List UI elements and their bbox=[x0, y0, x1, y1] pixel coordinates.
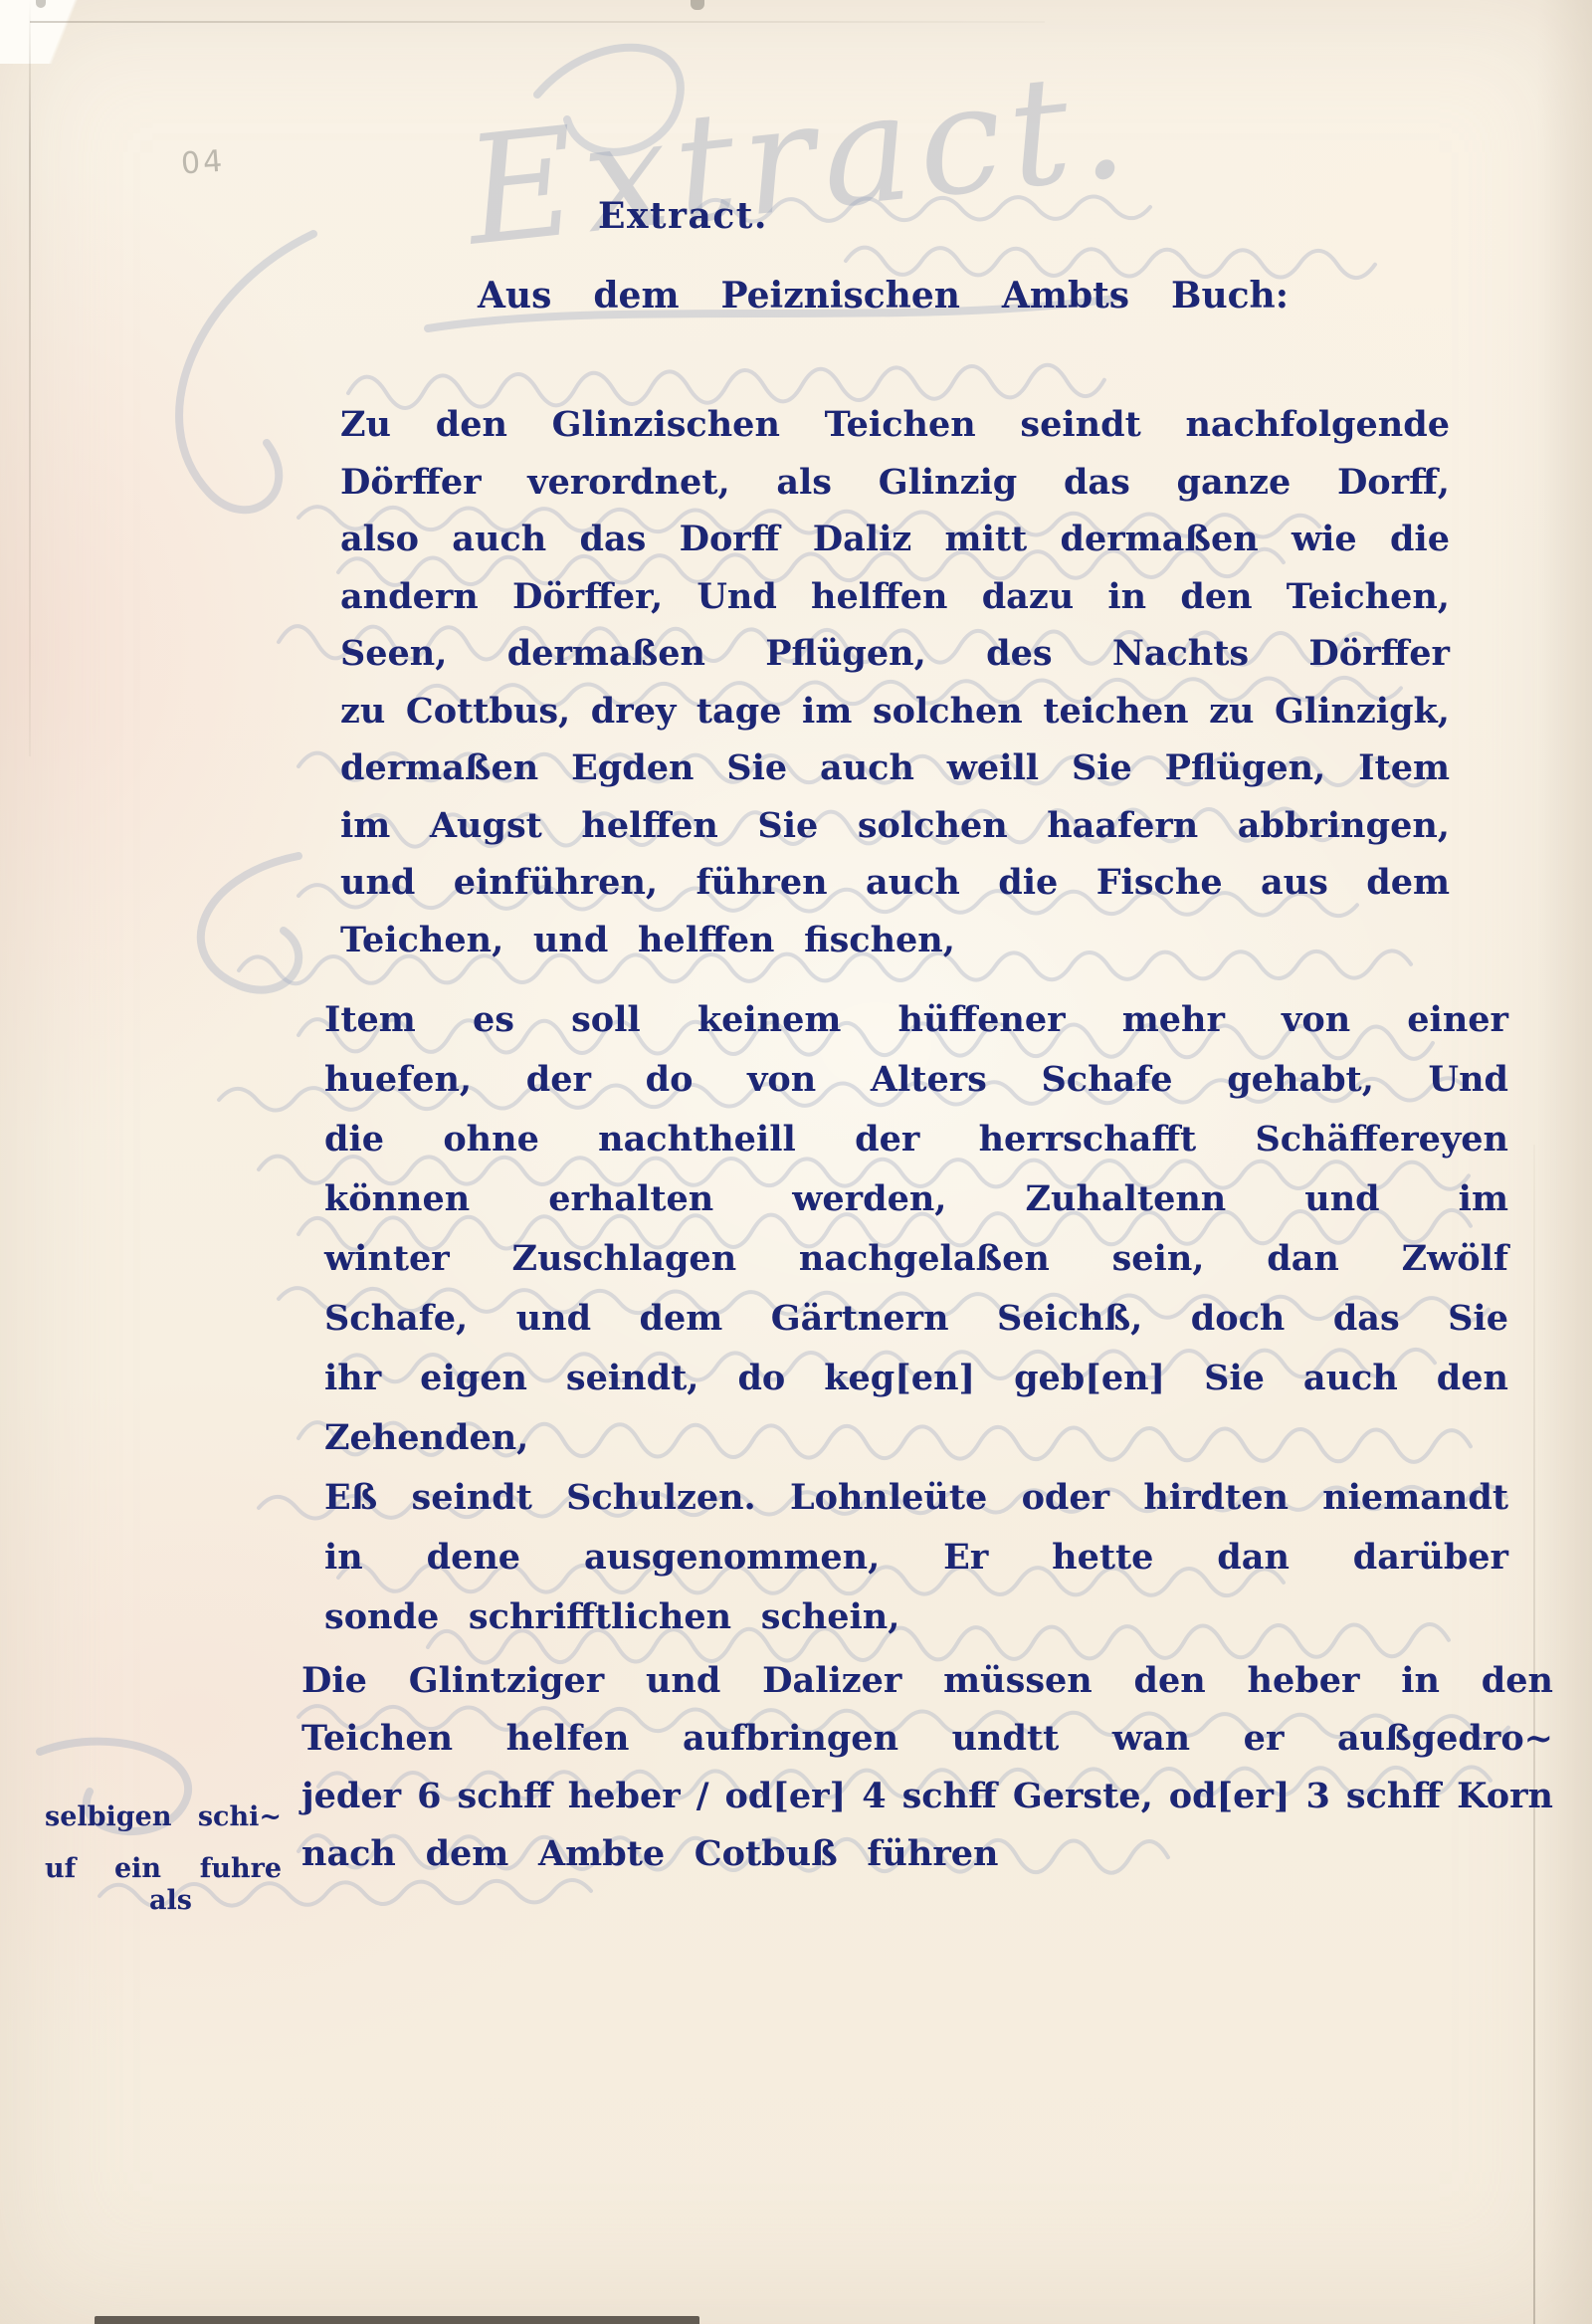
text-line: sonde schrifftlichen schein, bbox=[324, 1587, 1508, 1647]
document-title: Extract. bbox=[598, 195, 768, 237]
text-line: Schafe, und dem Gärtnern Seichß, doch da… bbox=[324, 1289, 1508, 1349]
text-line: die ohne nachtheill der herrschafft Schä… bbox=[324, 1110, 1508, 1169]
text-line: und einführen, führen auch die Fische au… bbox=[340, 854, 1450, 912]
paragraph-1: Zu den Glinzischen Teichen seindt nachfo… bbox=[340, 396, 1450, 968]
text-line: dermaßen Egden Sie auch weill Sie Pflüge… bbox=[340, 739, 1450, 797]
text-line: Teichen helfen aufbringen undtt wan er a… bbox=[301, 1710, 1553, 1768]
text-line: selbigen schi~ bbox=[45, 1799, 282, 1835]
text-line: huefen, der do von Alters Schafe gehabt,… bbox=[324, 1050, 1508, 1110]
text-line: winter Zuschlagen nachgelaßen sein, dan … bbox=[324, 1229, 1508, 1289]
paper-edge-top bbox=[30, 21, 1045, 23]
text-line: im Augst helffen Sie solchen haafern abb… bbox=[340, 797, 1450, 855]
text-line: also auch das Dorff Daliz mitt dermaßen … bbox=[340, 511, 1450, 568]
text-line: Dörffer verordnet, als Glinzig das ganze… bbox=[340, 454, 1450, 512]
paper-notch bbox=[691, 0, 704, 10]
pencil-mark: 04 bbox=[180, 144, 227, 182]
text-line: Item es soll keinem hüffener mehr von ei… bbox=[324, 990, 1508, 1050]
paragraph-2: Item es soll keinem hüffener mehr von ei… bbox=[324, 990, 1508, 1647]
text-line: zu Cottbus, drey tage im solchen teichen… bbox=[340, 683, 1450, 740]
document-subtitle: Aus dem Peiznischen Ambts Buch: bbox=[478, 275, 1289, 317]
paper-edge-left bbox=[29, 0, 31, 756]
text-line: Die Glintziger und Dalizer müssen den he… bbox=[301, 1652, 1553, 1710]
scan-strip-bottom bbox=[95, 2316, 699, 2324]
text-line: können erhalten werden, Zuhaltenn und im bbox=[324, 1169, 1508, 1229]
document-page: Extract. 04 Extract. Aus dem Peiznischen… bbox=[0, 0, 1592, 2324]
text-line: jeder 6 schff heber / od[er] 4 schff Ger… bbox=[301, 1768, 1553, 1825]
margin-notes: selbigen schi~uf ein fuhreals bbox=[45, 1799, 282, 1919]
text-line: Eß seindt Schulzen. Lohnleüte oder hirdt… bbox=[324, 1468, 1508, 1528]
scan-shade-right bbox=[1537, 0, 1592, 2324]
paper-tear-top-left bbox=[0, 0, 169, 64]
text-line: Teichen, und helffen fischen, bbox=[340, 912, 1450, 969]
paragraph-3: Die Glintziger und Dalizer müssen den he… bbox=[301, 1652, 1553, 1883]
text-line: als bbox=[45, 1883, 282, 1919]
text-line: in dene ausgenommen, Er hette dan darübe… bbox=[324, 1528, 1508, 1587]
text-line: andern Dörffer, Und helffen dazu in den … bbox=[340, 568, 1450, 626]
text-line: Seen, dermaßen Pflügen, des Nachts Dörff… bbox=[340, 625, 1450, 683]
text-line: ihr eigen seindt, do keg[en] geb[en] Sie… bbox=[324, 1349, 1508, 1468]
text-line: nach dem Ambte Cotbuß führen bbox=[301, 1825, 1553, 1883]
text-line: Zu den Glinzischen Teichen seindt nachfo… bbox=[340, 396, 1450, 454]
text-line: uf ein fuhre bbox=[45, 1851, 282, 1887]
